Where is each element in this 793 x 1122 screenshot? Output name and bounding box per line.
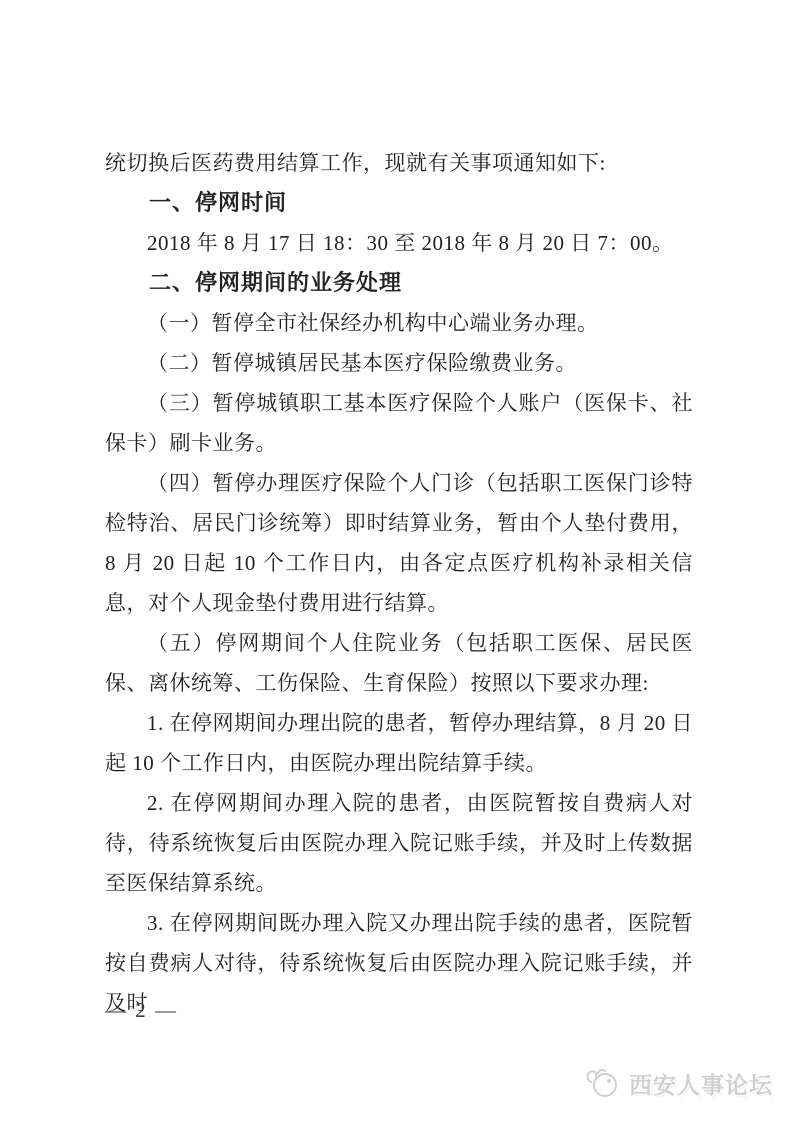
paragraph: 3. 在停网期间既办理入院又办理出院手续的患者，医院暂按自费病人对待，待系统恢复… [105,903,693,1023]
paragraph: 2018 年 8 月 17 日 18：30 至 2018 年 8 月 20 日 … [105,223,693,263]
watermark-label: 西安人事论坛 [629,1067,773,1100]
paragraph: 1. 在停网期间办理出院的患者，暂停办理结算，8 月 20 日起 10 个工作日… [105,703,693,783]
page-number: — 2 — [105,996,178,1024]
paragraph: （三）暂停城镇职工基本医疗保险个人账户（医保卡、社保卡）刷卡业务。 [105,383,693,463]
paragraph: （五）停网期间个人住院业务（包括职工医保、居民医保、离休统筹、工伤保险、生育保险… [105,623,693,703]
paragraph: 统切换后医药费用结算工作，现就有关事项通知如下: [105,143,693,183]
document-page: 统切换后医药费用结算工作，现就有关事项通知如下:一、停网时间2018 年 8 月… [0,0,793,1122]
section-heading: 二、停网期间的业务处理 [105,263,693,303]
document-body: 统切换后医药费用结算工作，现就有关事项通知如下:一、停网时间2018 年 8 月… [105,143,693,1023]
paragraph: （四）暂停办理医疗保险个人门诊（包括职工医保门诊特检特治、居民门诊统筹）即时结算… [105,463,693,623]
forum-watermark: 西安人事论坛 [582,1066,773,1100]
section-heading: 一、停网时间 [105,183,693,223]
paragraph: （一）暂停全市社保经办机构中心端业务办理。 [105,303,693,343]
paragraph: 2. 在停网期间办理入院的患者，由医院暂按自费病人对待，待系统恢复后由医院办理入… [105,783,693,903]
mascot-icon [582,1066,620,1100]
paragraph: （二）暂停城镇居民基本医疗保险缴费业务。 [105,343,693,383]
